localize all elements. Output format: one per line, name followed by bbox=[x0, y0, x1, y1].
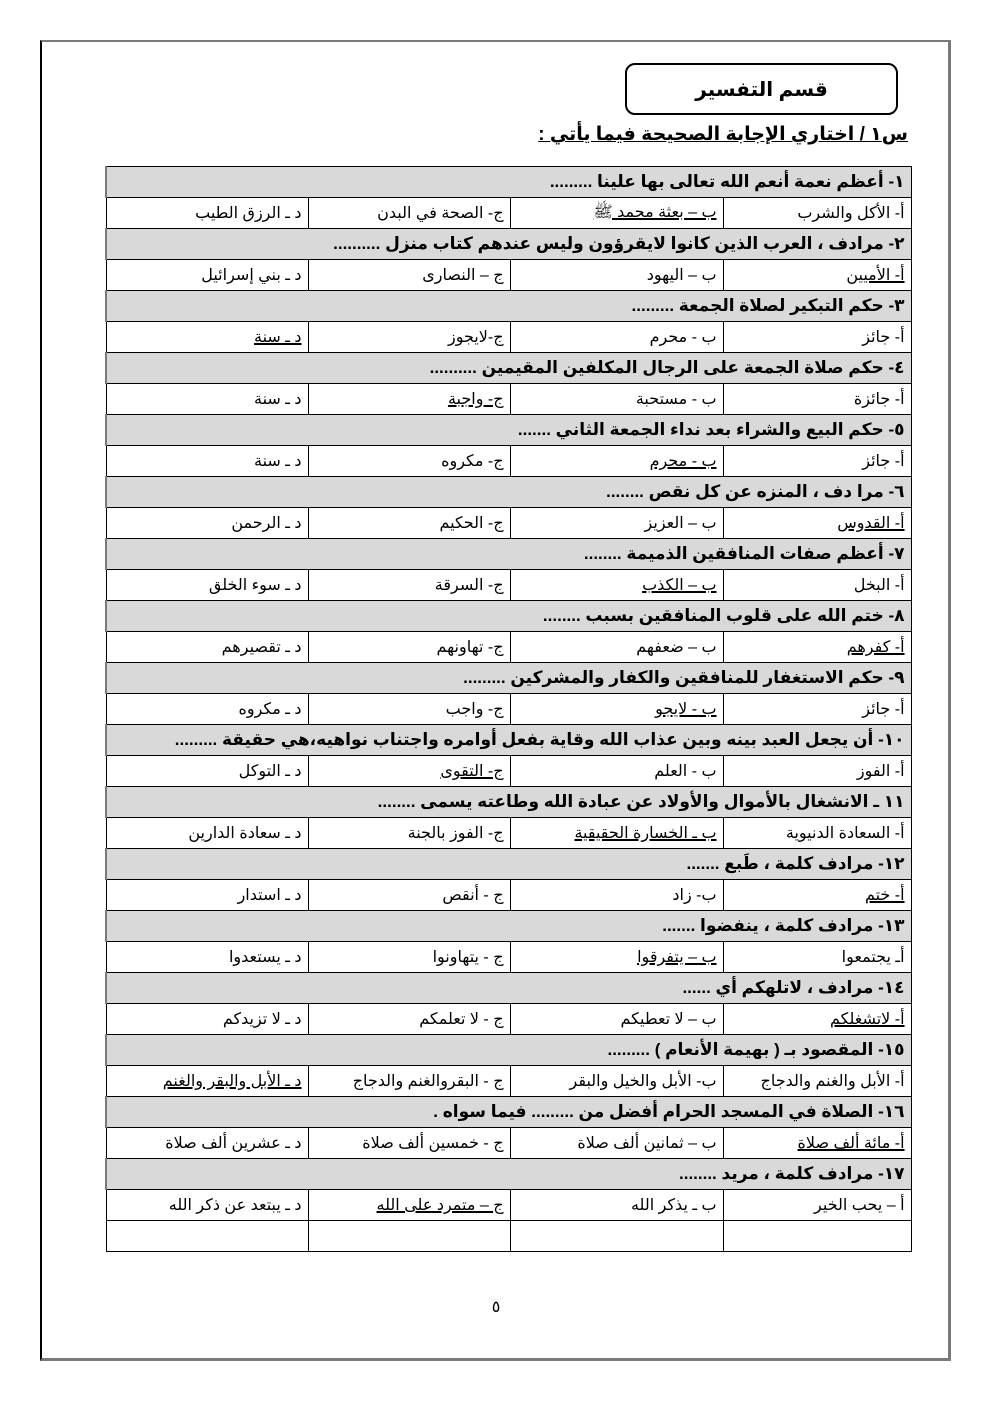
option-label: د ـ لا تزيدكم bbox=[223, 1011, 302, 1028]
correct-answer: أ- مائة ألف صلاة bbox=[798, 1135, 905, 1152]
options-row: أ – يحب الخيرب ـ يذكر اللهج – متمرد على … bbox=[106, 1190, 911, 1221]
section-title: قسم التفسير bbox=[695, 77, 828, 102]
correct-answer: أ- الأميين bbox=[846, 267, 904, 284]
options-row: أ- جائزب - محرمج- مكروهد ـ سنة bbox=[106, 446, 911, 477]
question-row: ٩- حكم الاستغفار للمنافقين والكفار والمش… bbox=[106, 663, 911, 694]
question-text: ١٧- مرادف كلمة ، مريد ........ bbox=[106, 1159, 911, 1190]
correct-answer: ب – بعثة محمد ﷺ bbox=[593, 204, 716, 221]
option-label: د ـ التوكل bbox=[239, 763, 302, 780]
option-label: ب - مستحبة bbox=[636, 391, 717, 408]
options-row: أ- كفرهمب – ضعفهمج- تهاونهمد ـ تقصيرهم bbox=[106, 632, 911, 663]
option-label: ب – لا تعطيكم bbox=[621, 1011, 717, 1028]
empty-cell bbox=[308, 1221, 510, 1252]
question-text: ٢- مرادف ، العرب الذين كانوا لايقرؤون ول… bbox=[106, 229, 911, 260]
option-cell[interactable]: د ـ سنة bbox=[106, 322, 308, 353]
options-row: أ- لاتشغلكمب – لا تعطيكمج - لا تعلمكمد ـ… bbox=[106, 1004, 911, 1035]
option-label: ج-لايجوز bbox=[448, 329, 504, 346]
question-text: ٥- حكم البيع والشراء بعد نداء الجمعة الث… bbox=[106, 415, 911, 446]
option-cell[interactable]: د ـ مكروه bbox=[106, 694, 308, 725]
option-cell[interactable]: ج - البقروالغنم والدجاج bbox=[308, 1066, 510, 1097]
option-label: ج- تهاونهم bbox=[437, 639, 504, 656]
option-cell[interactable]: ب – العزيز bbox=[510, 508, 723, 539]
option-cell[interactable]: أ- الأميين bbox=[723, 260, 911, 291]
option-label: ج- الحكيم bbox=[439, 515, 503, 532]
options-row: أ- البخلب – الكذبج- السرقةد ـ سوء الخلق bbox=[106, 570, 911, 601]
question-row: ١٧- مرادف كلمة ، مريد ........ bbox=[106, 1159, 911, 1190]
option-label: أ – يحب الخير bbox=[814, 1197, 904, 1214]
empty-cell bbox=[106, 1221, 308, 1252]
question-text: ٨- ختم الله على قلوب المنافقين بسبب ....… bbox=[106, 601, 911, 632]
option-cell[interactable]: د ـ عشرين ألف صلاة bbox=[106, 1128, 308, 1159]
option-cell[interactable]: ب – ثمانين ألف صلاة bbox=[510, 1128, 723, 1159]
option-cell[interactable]: أ- السعادة الدنيوية bbox=[723, 818, 911, 849]
option-cell[interactable]: د ـ سنة bbox=[106, 384, 308, 415]
question-row: ٤- حكم صلاة الجمعة على الرجال المكلفين ا… bbox=[106, 353, 911, 384]
option-cell[interactable]: ب – بعثة محمد ﷺ bbox=[510, 198, 723, 229]
question-text: ١٢- مرادف كلمة ، طَبع ....... bbox=[106, 849, 911, 880]
question-row: ١٦- الصلاة في المسجد الحرام أفضل من ....… bbox=[106, 1097, 911, 1128]
correct-answer: أ- ختم bbox=[865, 887, 905, 904]
option-cell[interactable]: د ـ الرحمن bbox=[106, 508, 308, 539]
option-cell[interactable]: ب - محرم bbox=[510, 322, 723, 353]
option-label: ج - أنقص bbox=[442, 887, 503, 904]
question-row: ١- أعظم نعمة أنعم الله تعالى بها علينا .… bbox=[106, 167, 911, 198]
option-cell[interactable]: ب - لايجو bbox=[510, 694, 723, 725]
question-row: ١٠- أن يجعل العبد بينه وبين عذاب الله وق… bbox=[106, 725, 911, 756]
option-label: أ- الأكل والشرب bbox=[797, 205, 904, 222]
option-cell[interactable]: ج- مكروه bbox=[308, 446, 510, 477]
options-row: أ- جائزب - لايجوج- واجبد ـ مكروه bbox=[106, 694, 911, 725]
option-cell[interactable]: أ- القدوس bbox=[723, 508, 911, 539]
option-label: ج – النصارى bbox=[422, 267, 503, 284]
option-label: د ـ سوء الخلق bbox=[209, 577, 302, 594]
question-row: ٨- ختم الله على قلوب المنافقين بسبب ....… bbox=[106, 601, 911, 632]
option-cell[interactable]: د ـ الرزق الطيب bbox=[106, 198, 308, 229]
correct-answer: أ- كفرهم bbox=[847, 639, 905, 656]
option-cell[interactable]: ب – الكذب bbox=[510, 570, 723, 601]
correct-answer: ج- التقوى bbox=[440, 763, 503, 780]
option-label: أ- جائزة bbox=[854, 391, 905, 408]
option-cell[interactable]: أ- الأبل والغنم والدجاج bbox=[723, 1066, 911, 1097]
option-cell[interactable]: د ـ سوء الخلق bbox=[106, 570, 308, 601]
question-text: ١- أعظم نعمة أنعم الله تعالى بها علينا .… bbox=[106, 167, 911, 198]
correct-answer: د ـ الأبل والبقر والغنم bbox=[163, 1073, 302, 1090]
option-label: د ـ الرزق الطيب bbox=[195, 205, 301, 222]
options-row: أ- الأميينب – اليهودج – النصارىد ـ بني إ… bbox=[106, 260, 911, 291]
correct-answer: ب - لايجو bbox=[655, 701, 716, 718]
option-cell[interactable]: أ – يحب الخير bbox=[723, 1190, 911, 1221]
option-cell[interactable]: ج – متمرد على الله bbox=[308, 1190, 510, 1221]
option-cell[interactable]: د ـ الأبل والبقر والغنم bbox=[106, 1066, 308, 1097]
option-cell[interactable]: د ـ تقصيرهم bbox=[106, 632, 308, 663]
options-row: أ- الأكل والشربب – بعثة محمد ﷺج- الصحة ف… bbox=[106, 198, 911, 229]
option-label: ج - خمسين ألف صلاة bbox=[362, 1135, 503, 1152]
option-cell[interactable]: ب ـ يذكر الله bbox=[510, 1190, 723, 1221]
correct-answer: أ- لاتشغلكم bbox=[830, 1011, 905, 1028]
options-row: أ- جائزةب - مستحبةج- واجبةد ـ سنة bbox=[106, 384, 911, 415]
option-label: ج - البقروالغنم والدجاج bbox=[353, 1073, 504, 1090]
option-cell[interactable]: أ- جائز bbox=[723, 322, 911, 353]
empty-row bbox=[106, 1221, 911, 1252]
option-label: ب - محرم bbox=[650, 329, 717, 346]
options-row: أـ يجتمعواب – يتفرقواج - يتهاونواد ـ يست… bbox=[106, 942, 911, 973]
question-text: ١٥- المقصود بـ ( بهيمة الأنعام ) .......… bbox=[106, 1035, 911, 1066]
options-row: أ- القدوسب – العزيزج- الحكيمد ـ الرحمن bbox=[106, 508, 911, 539]
option-label: ج - لا تعلمكم bbox=[419, 1011, 503, 1028]
option-cell[interactable]: ب – لا تعطيكم bbox=[510, 1004, 723, 1035]
option-cell[interactable]: د ـ يستعدوا bbox=[106, 942, 308, 973]
correct-answer: د ـ سنة bbox=[254, 329, 302, 346]
option-label: د ـ سعادة الدارين bbox=[188, 825, 301, 842]
option-label: أ- جائز bbox=[862, 453, 904, 470]
option-label: أ- جائز bbox=[862, 329, 904, 346]
option-label: ب – ضعفهم bbox=[636, 639, 716, 656]
option-cell[interactable]: ج - يتهاونوا bbox=[308, 942, 510, 973]
option-cell[interactable]: ج- تهاونهم bbox=[308, 632, 510, 663]
section-title-box: قسم التفسير bbox=[625, 63, 898, 115]
option-cell[interactable]: د ـ بني إسرائيل bbox=[106, 260, 308, 291]
option-cell[interactable]: ج- السرقة bbox=[308, 570, 510, 601]
options-row: أ- ختمب- زادج - أنقصد ـ استدار bbox=[106, 880, 911, 911]
option-label: د ـ سنة bbox=[254, 453, 302, 470]
correct-answer: ج- واجبة bbox=[448, 391, 504, 408]
option-label: ج- الصحة في البدن bbox=[377, 205, 503, 222]
option-cell[interactable]: ج - لا تعلمكم bbox=[308, 1004, 510, 1035]
correct-answer: ب ـ الخسارة الحقيقية bbox=[574, 825, 716, 842]
option-label: أ- السعادة الدنيوية bbox=[786, 825, 905, 842]
option-cell[interactable]: ج- واجب bbox=[308, 694, 510, 725]
option-label: أ- الأبل والغنم والدجاج bbox=[761, 1073, 905, 1090]
question-row: ٢- مرادف ، العرب الذين كانوا لايقرؤون ول… bbox=[106, 229, 911, 260]
option-cell[interactable]: أ- جائزة bbox=[723, 384, 911, 415]
option-cell[interactable]: أ- البخل bbox=[723, 570, 911, 601]
option-cell[interactable]: ج- الفوز بالجنة bbox=[308, 818, 510, 849]
question-instruction: س١ / اختاري الإجابة الصحيحة فيما يأتي : bbox=[538, 123, 908, 146]
option-cell[interactable]: ج – النصارى bbox=[308, 260, 510, 291]
option-label: ج- السرقة bbox=[435, 577, 504, 594]
option-label: د ـ تقصيرهم bbox=[222, 639, 302, 656]
option-cell[interactable]: ب - العلم bbox=[510, 756, 723, 787]
empty-cell bbox=[723, 1221, 911, 1252]
correct-answer: أ- القدوس bbox=[837, 515, 904, 532]
option-label: ج- مكروه bbox=[441, 453, 503, 470]
question-row: ١١ ـ الانشغال بالأموال والأولاد عن عبادة… bbox=[106, 787, 911, 818]
option-label: ج- واجب bbox=[446, 701, 504, 718]
page-number: ٥ bbox=[0, 1297, 992, 1317]
option-cell[interactable]: أ- الفوز bbox=[723, 756, 911, 787]
option-cell[interactable]: ب – ضعفهم bbox=[510, 632, 723, 663]
option-cell[interactable]: د ـ استدار bbox=[106, 880, 308, 911]
correct-answer: ب – الكذب bbox=[642, 577, 716, 594]
empty-cell bbox=[510, 1221, 723, 1252]
option-cell[interactable]: أ- لاتشغلكم bbox=[723, 1004, 911, 1035]
option-cell[interactable]: أ- جائز bbox=[723, 446, 911, 477]
question-row: ٥- حكم البيع والشراء بعد نداء الجمعة الث… bbox=[106, 415, 911, 446]
option-label: د ـ بني إسرائيل bbox=[201, 267, 301, 284]
correct-answer: ب - محرم bbox=[650, 453, 717, 470]
option-label: د ـ يبتعد عن ذكر الله bbox=[169, 1197, 302, 1214]
option-label: ب- زاد bbox=[672, 887, 716, 904]
option-cell[interactable]: ج- التقوى bbox=[308, 756, 510, 787]
option-cell[interactable]: أ- الأكل والشرب bbox=[723, 198, 911, 229]
option-label: ب- الأبل والخيل والبقر bbox=[570, 1073, 717, 1090]
question-text: ١١ ـ الانشغال بالأموال والأولاد عن عبادة… bbox=[106, 787, 911, 818]
question-text: ٤- حكم صلاة الجمعة على الرجال المكلفين ا… bbox=[106, 353, 911, 384]
option-cell[interactable]: ج - أنقص bbox=[308, 880, 510, 911]
option-cell[interactable]: ب- زاد bbox=[510, 880, 723, 911]
option-label: ب – العزيز bbox=[645, 515, 717, 532]
option-label: ج - يتهاونوا bbox=[433, 949, 504, 966]
option-cell[interactable]: ب – اليهود bbox=[510, 260, 723, 291]
options-row: أ- جائزب - محرمج-لايجوزد ـ سنة bbox=[106, 322, 911, 353]
option-label: د ـ سنة bbox=[254, 391, 302, 408]
option-cell[interactable]: ب- الأبل والخيل والبقر bbox=[510, 1066, 723, 1097]
option-cell[interactable]: أـ يجتمعوا bbox=[723, 942, 911, 973]
option-cell[interactable]: د ـ سنة bbox=[106, 446, 308, 477]
option-cell[interactable]: ب - محرم bbox=[510, 446, 723, 477]
options-row: أ- السعادة الدنيويةب ـ الخسارة الحقيقيةج… bbox=[106, 818, 911, 849]
option-label: د ـ يستعدوا bbox=[229, 949, 302, 966]
option-cell[interactable]: د ـ يبتعد عن ذكر الله bbox=[106, 1190, 308, 1221]
option-label: أـ يجتمعوا bbox=[842, 949, 905, 966]
option-label: أ- جائز bbox=[862, 701, 904, 718]
quiz-table: ١- أعظم نعمة أنعم الله تعالى بها علينا .… bbox=[105, 166, 912, 1252]
option-cell[interactable]: أ- ختم bbox=[723, 880, 911, 911]
question-text: ١٠- أن يجعل العبد بينه وبين عذاب الله وق… bbox=[106, 725, 911, 756]
option-label: ب – ثمانين ألف صلاة bbox=[577, 1135, 716, 1152]
option-label: أ- البخل bbox=[854, 577, 905, 594]
option-label: د ـ الرحمن bbox=[231, 515, 301, 532]
correct-answer: ج – متمرد على الله bbox=[377, 1197, 504, 1214]
question-text: ٩- حكم الاستغفار للمنافقين والكفار والمش… bbox=[106, 663, 911, 694]
question-text: ١٣- مرادف كلمة ، ينفضوا ....... bbox=[106, 911, 911, 942]
question-text: ١٤- مرادف ، لاتلهكم أي ...... bbox=[106, 973, 911, 1004]
option-cell[interactable]: ج- الحكيم bbox=[308, 508, 510, 539]
options-row: أ- مائة ألف صلاةب – ثمانين ألف صلاةج - خ… bbox=[106, 1128, 911, 1159]
option-label: ج- الفوز بالجنة bbox=[408, 825, 504, 842]
option-cell[interactable]: أ- جائز bbox=[723, 694, 911, 725]
options-row: أ- الفوزب - العلمج- التقوىد ـ التوكل bbox=[106, 756, 911, 787]
option-cell[interactable]: د ـ سعادة الدارين bbox=[106, 818, 308, 849]
option-label: د ـ عشرين ألف صلاة bbox=[165, 1135, 301, 1152]
option-cell[interactable]: د ـ التوكل bbox=[106, 756, 308, 787]
option-cell[interactable]: أ- مائة ألف صلاة bbox=[723, 1128, 911, 1159]
option-cell[interactable]: أ- كفرهم bbox=[723, 632, 911, 663]
option-label: ب – اليهود bbox=[647, 267, 717, 284]
option-label: د ـ مكروه bbox=[238, 701, 301, 718]
option-label: أ- الفوز bbox=[857, 763, 905, 780]
option-cell[interactable]: ج- واجبة bbox=[308, 384, 510, 415]
option-label: د ـ استدار bbox=[238, 887, 302, 904]
question-row: ١٥- المقصود بـ ( بهيمة الأنعام ) .......… bbox=[106, 1035, 911, 1066]
correct-answer: ب – يتفرقوا bbox=[637, 949, 716, 966]
question-row: ١٤- مرادف ، لاتلهكم أي ...... bbox=[106, 973, 911, 1004]
option-cell[interactable]: ج- الصحة في البدن bbox=[308, 198, 510, 229]
question-row: ٦- مرا دف ، المنزه عن كل نقص ........ bbox=[106, 477, 911, 508]
option-label: ب - العلم bbox=[654, 763, 716, 780]
question-text: ٧- أعظم صفات المنافقين الذميمة ........ bbox=[106, 539, 911, 570]
question-row: ٧- أعظم صفات المنافقين الذميمة ........ bbox=[106, 539, 911, 570]
question-row: ٣- حكم التبكير لصلاة الجمعة ......... bbox=[106, 291, 911, 322]
option-cell[interactable]: ج-لايجوز bbox=[308, 322, 510, 353]
option-cell[interactable]: ب ـ الخسارة الحقيقية bbox=[510, 818, 723, 849]
option-cell[interactable]: ج - خمسين ألف صلاة bbox=[308, 1128, 510, 1159]
option-cell[interactable]: ب – يتفرقوا bbox=[510, 942, 723, 973]
question-row: ١٣- مرادف كلمة ، ينفضوا ....... bbox=[106, 911, 911, 942]
option-label: ب ـ يذكر الله bbox=[631, 1197, 717, 1214]
question-text: ٣- حكم التبكير لصلاة الجمعة ......... bbox=[106, 291, 911, 322]
option-cell[interactable]: د ـ لا تزيدكم bbox=[106, 1004, 308, 1035]
question-row: ١٢- مرادف كلمة ، طَبع ....... bbox=[106, 849, 911, 880]
option-cell[interactable]: ب - مستحبة bbox=[510, 384, 723, 415]
question-text: ١٦- الصلاة في المسجد الحرام أفضل من ....… bbox=[106, 1097, 911, 1128]
options-row: أ- الأبل والغنم والدجاجب- الأبل والخيل و… bbox=[106, 1066, 911, 1097]
question-text: ٦- مرا دف ، المنزه عن كل نقص ........ bbox=[106, 477, 911, 508]
